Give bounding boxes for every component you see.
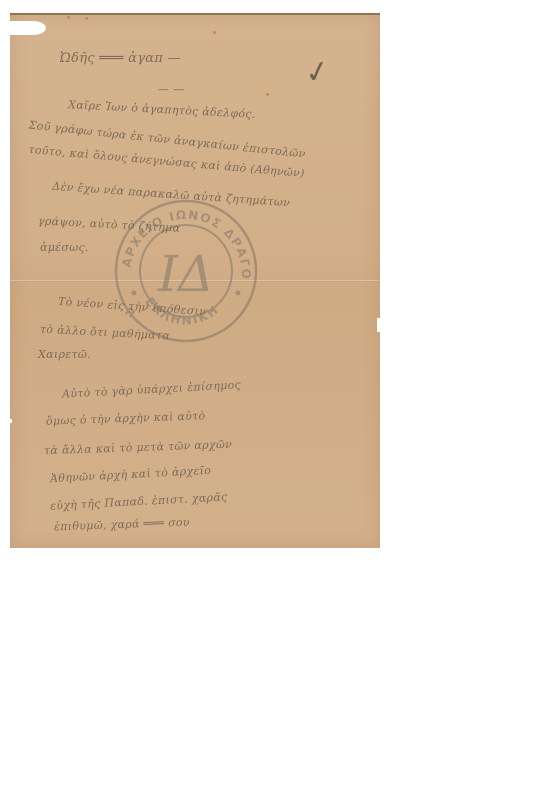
edge-notch xyxy=(8,419,12,423)
handwritten-line: Δὲν ἔχω νέα παρακαλῶ αὐτὰ ζητημάτων xyxy=(52,180,291,210)
handwritten-line: τὸ ἀλλο ὅτι μαθήματα xyxy=(40,323,171,343)
handwritten-line: Ἀθηνῶν ἀρχὴ καὶ τὸ ἀρχεῖο xyxy=(50,464,212,485)
edge-notch xyxy=(377,318,382,332)
handwritten-line: τὰ ἄλλα καὶ τὸ μετὰ τῶν αρχῶν xyxy=(44,438,233,458)
handwritten-line: Χαῖρε Ἰων ὁ ἀγαπητὸς ἀδελφός. xyxy=(68,98,256,121)
handwritten-line: — — xyxy=(158,83,184,96)
handwritten-line: Αὐτὸ τὸ γὰρ ὑπάρχει ἐπίσημος xyxy=(62,378,242,400)
handwritten-line: Χαιρετῶ. xyxy=(38,348,91,361)
handwritten-line: Ὠδῆς ═══ ἀγαπ — xyxy=(60,51,181,66)
stain-spot xyxy=(266,93,269,96)
stain-spot xyxy=(213,31,216,34)
fold-line xyxy=(10,280,380,282)
handwritten-line: ἀμέσως. xyxy=(40,241,89,254)
handwritten-line: ὅμως ὁ τὴν ἀρχὴν καὶ αὐτὸ xyxy=(46,409,206,428)
stain-spot xyxy=(67,16,70,19)
torn-corner xyxy=(10,21,46,35)
check-mark-icon: ✓ xyxy=(302,53,334,92)
handwritten-line: εὐχὴ τῆς Παπαδ. ἐπιστ. χαρᾶς xyxy=(50,490,228,512)
handwritten-line: ἐπιθυμῶ, χαρά ═══ σου xyxy=(54,516,190,534)
stain-spot xyxy=(85,17,88,20)
handwritten-line: Τὸ νέον εἰς τὴν ὑπόθεσιν xyxy=(58,295,207,318)
letter-sheet: ✓ Ὠδῆς ═══ ἀγαπ — — — Χαῖρε Ἰων ὁ ἀγαπητ… xyxy=(10,13,380,548)
handwritten-line: γράψον, αὐτὸ τὸ ζήτημα xyxy=(38,214,181,234)
